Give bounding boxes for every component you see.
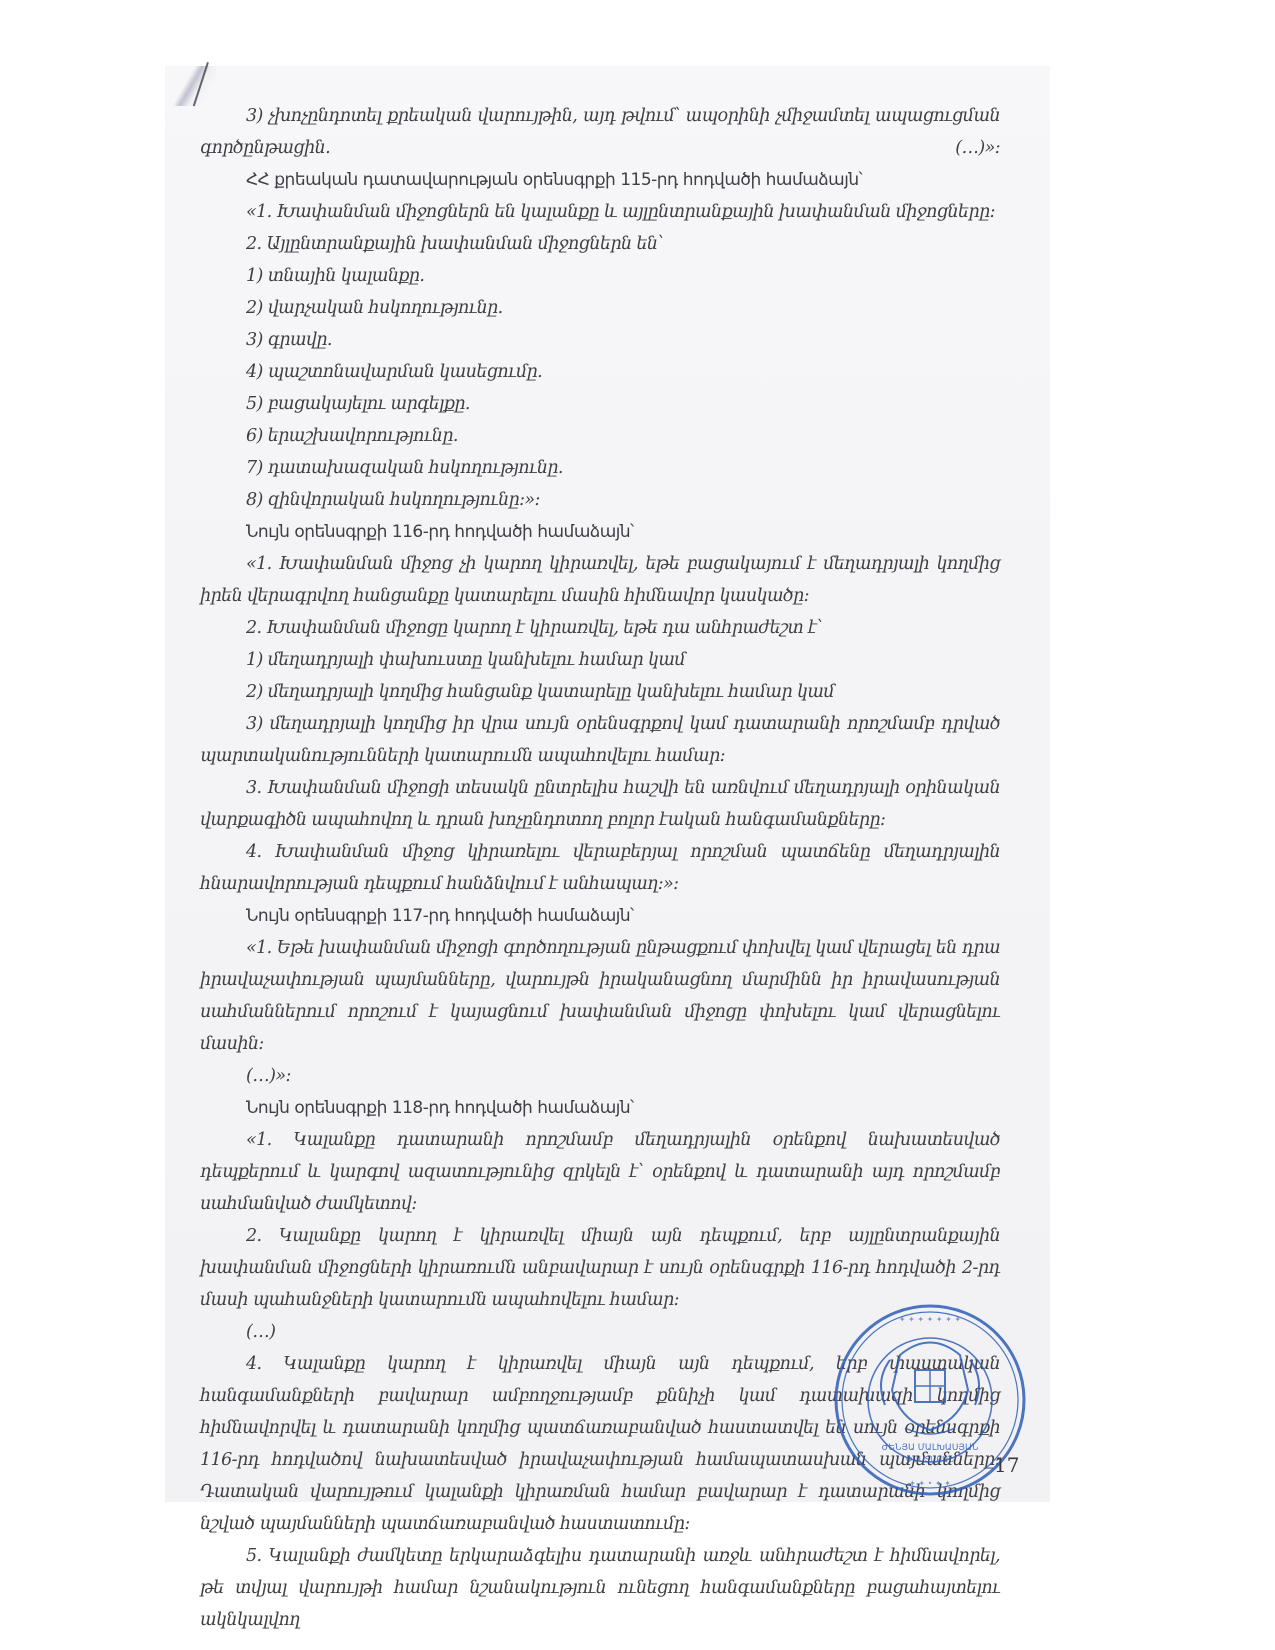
- paragraph-citation-heading: ՀՀ քրեական դատավարության օրենսգրքի 115-ր…: [200, 164, 1000, 196]
- paragraph-quote: 2) վարչական հսկողությունը.: [200, 292, 1000, 324]
- paragraph-quote: 7) դատախազական հսկողությունը.: [200, 452, 1000, 484]
- svg-text:✦ ✦ ✦ ✦ ✦ ✦ ✦: ✦ ✦ ✦ ✦ ✦ ✦ ✦: [899, 1315, 961, 1324]
- svg-text:✦ ✦ • ✦ ✦: ✦ ✦ • ✦ ✦: [909, 1479, 951, 1488]
- paragraph-quote: «1. Կալանքը դատարանի որոշմամբ մեղադրյալի…: [200, 1124, 1000, 1220]
- paragraph-quote: 6) երաշխավորությունը.: [200, 420, 1000, 452]
- paragraph-quote: 5. Կալանքի ժամկետը երկարաձգելիս դատարանի…: [200, 1540, 1000, 1636]
- paragraph-quote: 3) մեղադրյալի կողմից իր վրա սույն օրենսգ…: [200, 708, 1000, 772]
- page-number: 17: [994, 1453, 1019, 1477]
- svg-text:ՓԱՍՏԱԲԱՆ: ՓԱՍՏԱԲԱՆ: [906, 1455, 954, 1464]
- paragraph-quote: 8) զինվորական հսկողությունը:»:: [200, 484, 1000, 516]
- paragraph-quote: 2) մեղադրյալի կողմից հանցանք կատարելը կա…: [200, 676, 1000, 708]
- paragraph-quote: «1. Խափանման միջոց չի կարող կիրառվել, եթ…: [200, 548, 1000, 612]
- paragraph-quote: 3) գրավը.: [200, 324, 1000, 356]
- paragraph-quote: 1) տնային կալանքը.: [200, 260, 1000, 292]
- paragraph-citation-heading: Նույն օրենսգրքի 116-րդ հոդվածի համաձայն՝: [200, 516, 1000, 548]
- paragraph-citation-heading: Նույն օրենսգրքի 118-րդ հոդվածի համաձայն՝: [200, 1092, 1000, 1124]
- paragraph-quote: 1) մեղադրյալի փախուստը կանխելու համար կա…: [200, 644, 1000, 676]
- paragraph-quote: 5) բացակայելու արգելքը.: [200, 388, 1000, 420]
- paragraph-quote: 3. Խափանման միջոցի տեսակն ընտրելիս հաշվի…: [200, 772, 1000, 836]
- paragraph-quote: «1. Խափանման միջոցներն են կալանքը և այլը…: [200, 196, 1000, 228]
- paragraph-quote: «1. Եթե խափանման միջոցի գործողության ընթ…: [200, 932, 1000, 1060]
- paragraph-quote: 3) չխոչընդոտել քրեական վարույթին, այդ թվ…: [200, 100, 1000, 164]
- svg-text:ԺԵՆՅԱ ՄԱԼԽԱՍՅԱՆ: ԺԵՆՅԱ ՄԱԼԽԱՍՅԱՆ: [882, 1443, 979, 1453]
- paragraph-quote: 4) պաշտոնավարման կասեցումը.: [200, 356, 1000, 388]
- paragraph-citation-heading: Նույն օրենսգրքի 117-րդ հոդվածի համաձայն՝: [200, 900, 1000, 932]
- paragraph-quote: (…)»:: [200, 1060, 1000, 1092]
- paragraph-quote: 4. Խափանման միջոց կիրառելու վերաբերյալ ո…: [200, 836, 1000, 900]
- paragraph-quote: 2. Այլընտրանքային խափանման միջոցներն են՝: [200, 228, 1000, 260]
- paragraph-quote: 2. Խափանման միջոցը կարող է կիրառվել, եթե…: [200, 612, 1000, 644]
